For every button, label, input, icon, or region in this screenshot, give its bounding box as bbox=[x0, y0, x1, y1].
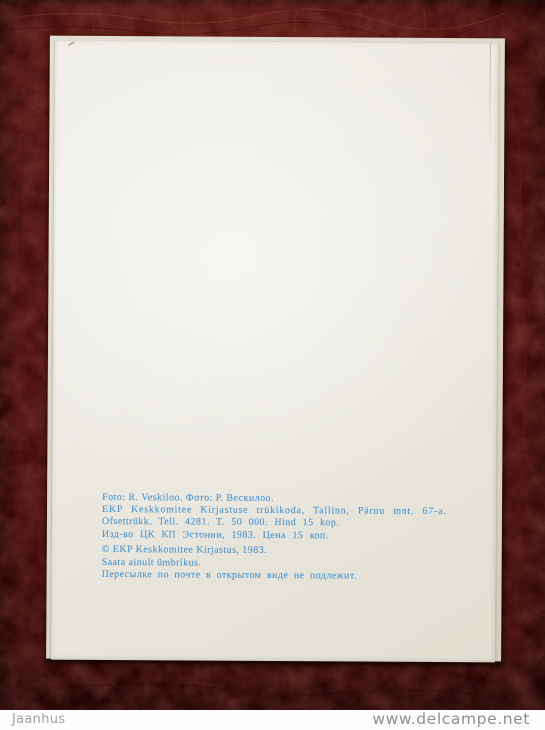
sheet-edge-fold-line bbox=[489, 43, 491, 158]
imprint-line-mailing-ru: Пересылке по почте в открытом виде не по… bbox=[102, 569, 474, 583]
corner-fold-mark bbox=[68, 41, 75, 46]
imprint-line-copyright: © EKP Keskkomitee Kirjastus, 1983. bbox=[102, 544, 474, 558]
leather-backdrop-photo: Foto: R. Veskiloo. Фото: Р. Вескилоо. EK… bbox=[0, 0, 545, 710]
imprint-line-publisher-ru: Изд-во ЦК КП Эстонии, 1983. Цена 15 коп. bbox=[102, 529, 474, 543]
imprint-block: Foto: R. Veskiloo. Фото: Р. Вескилоо. EK… bbox=[102, 492, 475, 583]
postcard-reverse-side: Foto: R. Veskiloo. Фото: Р. Вескилоо. EK… bbox=[51, 41, 499, 663]
seller-watermark: Jaanhus bbox=[12, 712, 65, 727]
watermark-bar: Jaanhus www.delcampe.net bbox=[0, 710, 545, 730]
delcampe-watermark: www.delcampe.net bbox=[372, 710, 530, 728]
